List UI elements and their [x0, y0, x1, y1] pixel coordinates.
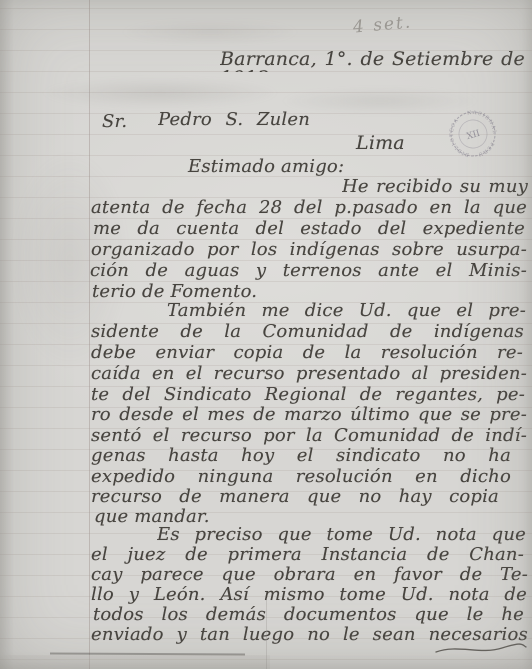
letter-page: 4 set. NACIONAL · PERU · BIBLIOTECA · XI…	[0, 0, 532, 669]
scan-vignette	[0, 0, 532, 669]
